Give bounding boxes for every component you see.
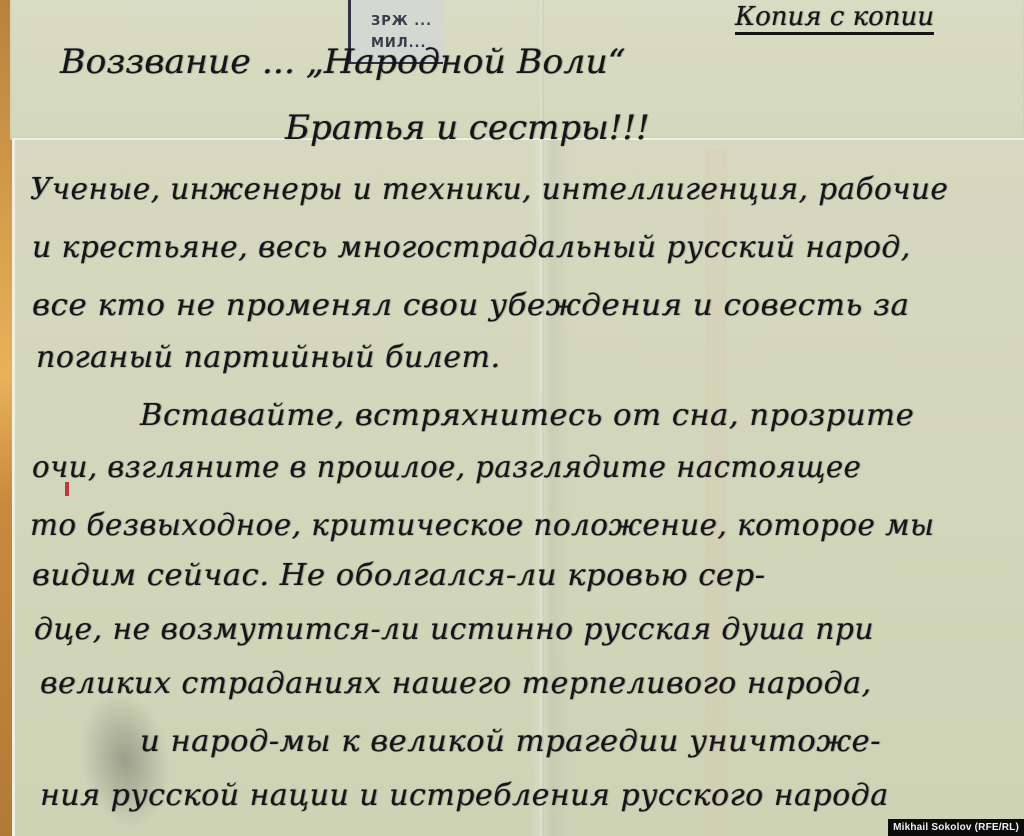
text-line-8: видим сейчас. Не оболгался-ли кровью сер… — [32, 558, 765, 593]
text-line-3: все кто не променял свои убеждения и сов… — [32, 288, 909, 323]
text-line-4: поганый партийный билет. — [36, 340, 501, 375]
photo-credit: Mikhail Sokolov (RFE/RL) — [888, 819, 1024, 836]
text-line-7: то безвыходное, критическое положение, к… — [30, 508, 934, 543]
header-note: Копия с копии — [735, 2, 934, 35]
stamp-line-1: ЗРЖ ... — [371, 14, 432, 29]
text-line-12: ния русской нации и истребления русского… — [40, 778, 889, 813]
document-title: Воззвание ... „Народной Воли“ — [60, 42, 625, 82]
text-line-1: Ученые, инженеры и техники, интеллигенци… — [30, 172, 948, 207]
text-line-5: Вставайте, встряхнитесь от сна, прозрите — [140, 398, 914, 433]
text-line-9: дце, не возмутится-ли истинно русская ду… — [34, 612, 874, 647]
salutation: Братья и сестры!!! — [285, 108, 650, 148]
text-line-11: и народ-мы к великой трагедии уничтоже- — [140, 724, 881, 759]
text-line-6: очи, взгляните в прошлое, разглядите нас… — [32, 450, 861, 485]
text-line-2: и крестьяне, весь многострадальный русск… — [32, 230, 911, 265]
text-line-10: великих страданиях нашего терпеливого на… — [40, 666, 872, 701]
